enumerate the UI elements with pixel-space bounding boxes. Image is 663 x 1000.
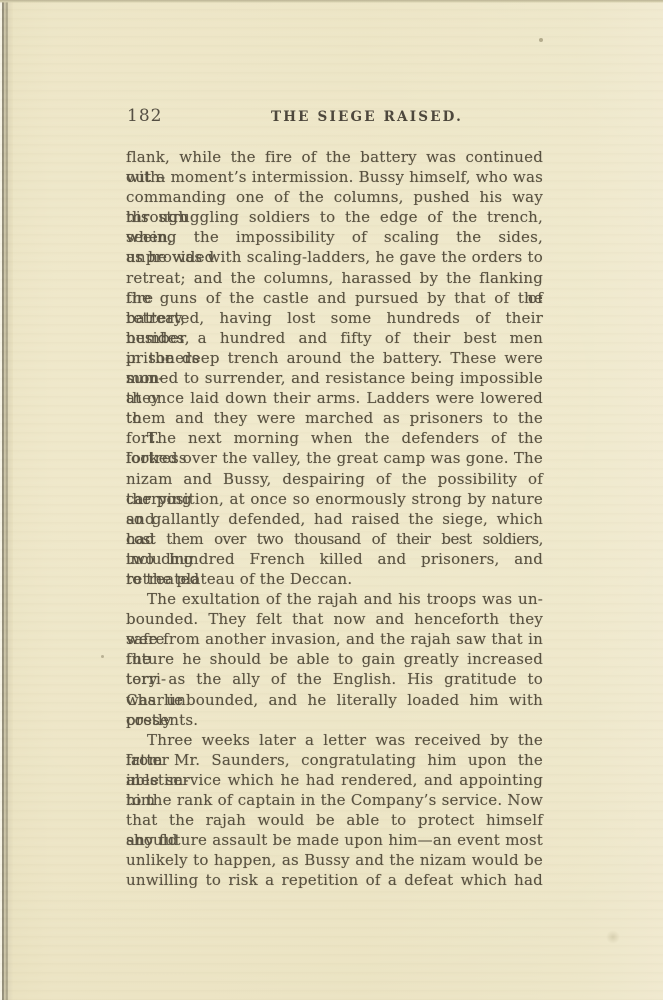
text-line: bounded. They felt that now and hencefor… (126, 609, 543, 629)
text-line: in the deep trench around the battery. T… (126, 348, 543, 368)
text-line: retreat; and the columns, harassed by th… (126, 268, 543, 288)
text-line: out a moment’s intermission. Bussy himse… (126, 167, 543, 187)
running-head: 182 THE SIEGE RAISED. (126, 104, 542, 128)
text-line: as he was with scaling-ladders, he gave … (126, 247, 543, 267)
text-line: cost them over two thousand of their bes… (126, 529, 543, 549)
text-line: commanding one of the columns, pushed hi… (126, 187, 543, 207)
text-line: so gallantly defended, had raised the si… (126, 509, 543, 529)
text-line: able service which he had rendered, and … (126, 770, 543, 790)
text-line: looked over the valley, the great camp w… (126, 448, 543, 468)
text-line: moned to surrender, and resistance being… (126, 368, 543, 388)
text-line: retreated, having lost some hundreds of … (126, 308, 543, 328)
text-line: flank, while the fire of the battery was… (126, 147, 543, 167)
scan-speck (101, 655, 104, 658)
text-line: future he should be able to gain greatly… (126, 649, 543, 669)
text-line: seeing the impossibility of scaling the … (126, 227, 543, 247)
text-line: presents. (126, 710, 543, 730)
text-line: the guns of the castle and pursued by th… (126, 288, 543, 308)
text-line: Three weeks later a letter was received … (126, 730, 543, 750)
scan-stain (606, 930, 620, 944)
text-line: to the plateau of the Deccan. (126, 569, 543, 589)
text-line: tory as the ally of the English. His gra… (126, 669, 543, 689)
text-line: unwilling to risk a repetition of a defe… (126, 870, 543, 890)
text-line: The exultation of the rajah and his troo… (126, 589, 543, 609)
scan-speck (539, 38, 543, 42)
book-page-scan: 182 THE SIEGE RAISED. flank, while the f… (0, 0, 663, 1000)
text-line: two hundred French killed and prisoners,… (126, 549, 543, 569)
text-line: The next morning when the defenders of t… (126, 428, 543, 448)
page-top-edge (0, 0, 663, 3)
text-line: them and they were marched as prisoners … (126, 408, 543, 428)
text-line: from Mr. Saunders, congratulating him up… (126, 750, 543, 770)
text-line: unlikely to happen, as Bussy and the niz… (126, 850, 543, 870)
text-line: safe from another invasion, and the raja… (126, 629, 543, 649)
text-line: nizam and Bussy, despairing of the possi… (126, 469, 543, 489)
page-gutter-edge (0, 0, 13, 1000)
text-line: the position, at once so enormously stro… (126, 489, 543, 509)
text-line: was unbounded, and he literally loaded h… (126, 690, 543, 710)
chapter-running-title: THE SIEGE RAISED. (126, 109, 542, 125)
text-line: any future assault be made upon him—an e… (126, 830, 543, 850)
text-line: at once laid down their arms. Ladders we… (126, 388, 543, 408)
text-line: his struggling soldiers to the edge of t… (126, 207, 543, 227)
body-text-block: flank, while the fire of the battery was… (126, 147, 543, 890)
text-line: besides a hundred and fifty of their bes… (126, 328, 543, 348)
text-line: to the rank of captain in the Company’s … (126, 790, 543, 810)
text-line: that the rajah would be able to protect … (126, 810, 543, 830)
